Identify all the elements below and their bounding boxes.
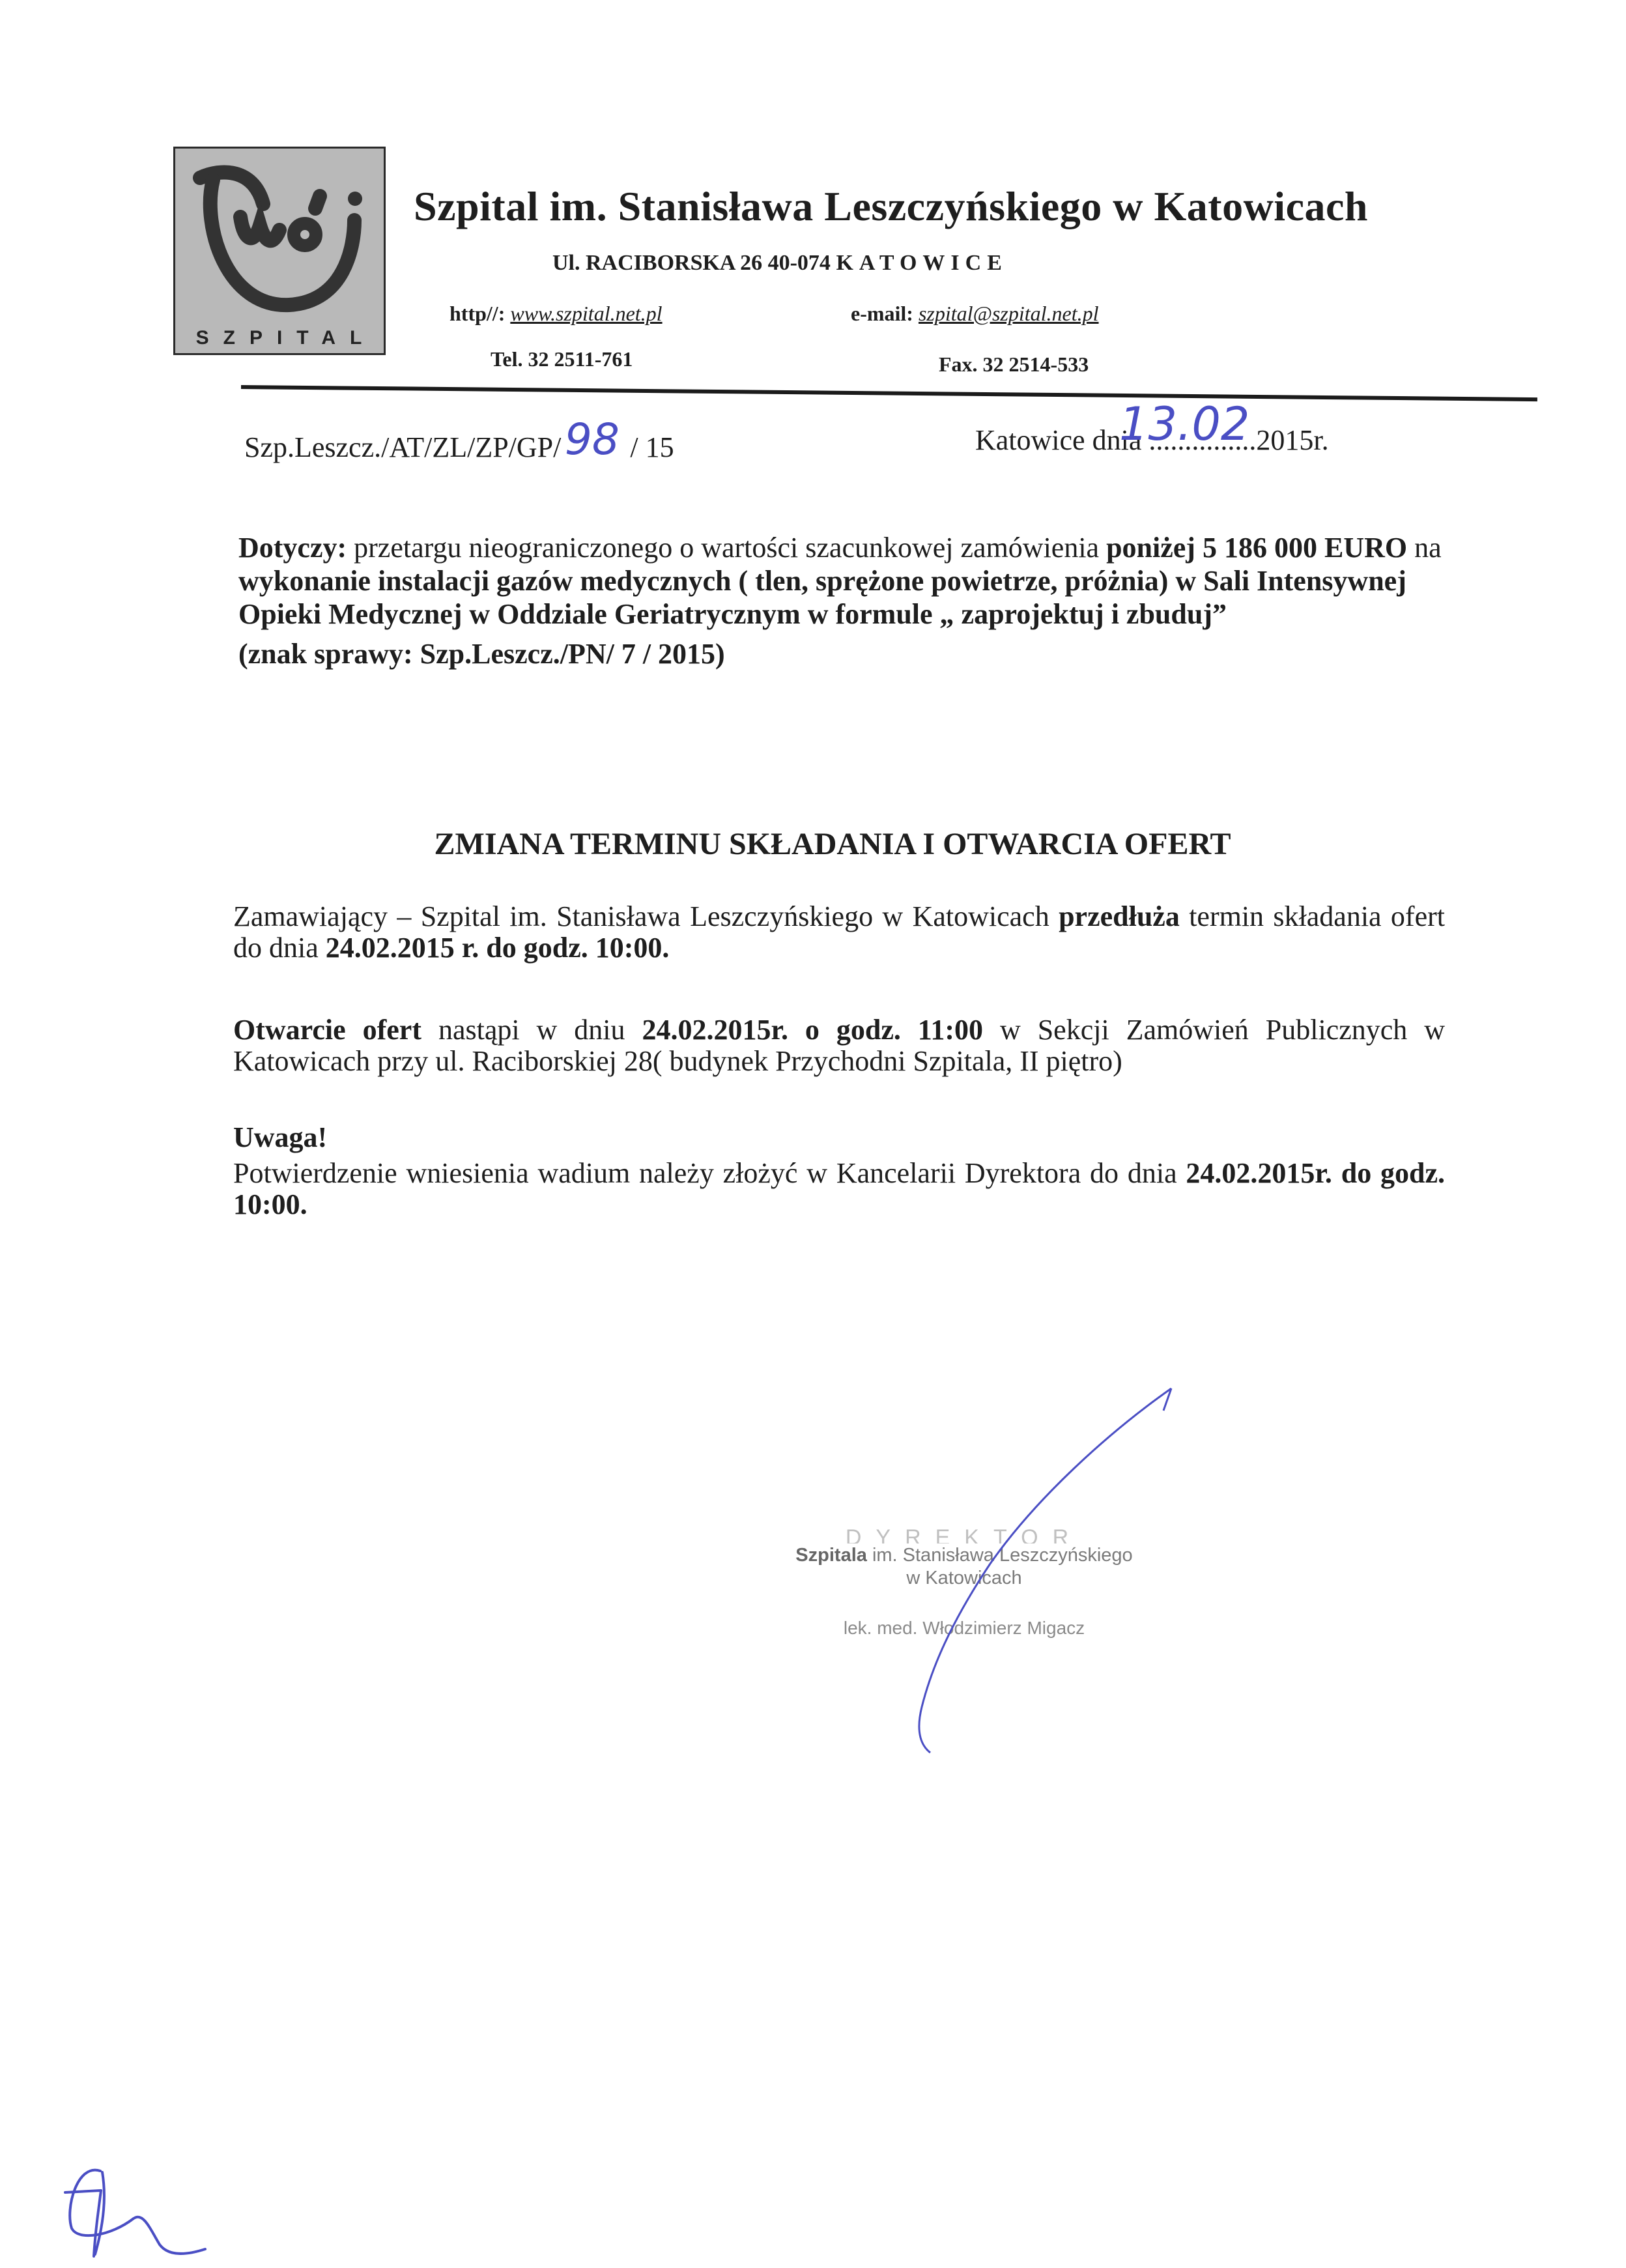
hospital-logo: SZPITAL [173, 147, 386, 355]
website-line: http//: www.szpital.net.pl [449, 302, 663, 326]
street-address: Ul. RACIBORSKA 26 40-074 [552, 251, 831, 275]
fax-number: Fax. 32 2514-533 [939, 352, 1089, 377]
website-label: http//: [449, 302, 505, 325]
subject-value-limit: poniżej 5 186 000 EURO [1106, 532, 1407, 564]
director-stamp: DYREKTOR Szpitala im. Stanisława Leszczy… [769, 1528, 1160, 1639]
stamp-institution: Szpitala im. Stanisława Leszczyńskiego [769, 1543, 1160, 1567]
reference-number: Szp.Leszcz./AT/ZL/ZP/GP/98 / 15 [244, 417, 674, 467]
subject-scope: wykonanie instalacji gazów medycznych ( … [238, 565, 1406, 630]
paragraph-emphasis: Otwarcie ofert [233, 1014, 421, 1046]
subject-text-part: przetargu nieograniczonego o wartości sz… [347, 532, 1106, 564]
stamp-institution-text: im. Stanisława Leszczyńskiego [867, 1545, 1133, 1566]
email-label: e-mail: [851, 302, 913, 325]
note-paragraph: Potwierdzenie wniesienia wadium należy z… [233, 1158, 1445, 1220]
reference-prefix: Szp.Leszcz./AT/ZL/ZP/GP/ [244, 431, 561, 463]
paragraph-text: nastąpi w dniu [421, 1014, 642, 1046]
opening-datetime: 24.02.2015r. o godz. 11:00 [642, 1014, 983, 1046]
address-line: Ul. RACIBORSKA 26 40-074 KATOWICE [552, 251, 1008, 276]
date-year: 2015r. [1256, 424, 1328, 456]
phone-number: Tel. 32 2511-761 [491, 347, 633, 371]
paragraph-text: Zamawiający – Szpital im. Stanisława Les… [233, 900, 1059, 932]
case-number: (znak sprawy: Szp.Leszcz./PN/ 7 / 2015) [238, 637, 1450, 670]
stamp-city: w Katowicach [769, 1567, 1160, 1589]
subject-block: Dotyczy: przetargu nieograniczonego o wa… [238, 531, 1450, 670]
stamp-title: DYREKTOR [769, 1528, 1160, 1543]
reference-suffix: / 15 [623, 431, 674, 463]
twoj-szpital-logo-icon [175, 149, 384, 324]
stamp-institution-bold: Szpitala [795, 1545, 867, 1566]
hospital-name: Szpital im. Stanisława Leszczyńskiego w … [414, 182, 1368, 231]
logo-wordmark: SZPITAL [175, 327, 384, 349]
note-heading: Uwaga! [233, 1121, 327, 1154]
submission-deadline: 24.02.2015 r. do godz. 10:00. [326, 932, 670, 964]
subject-text-part: na [1407, 532, 1442, 564]
notice-title: ZMIANA TERMINU SKŁADANIA I OTWARCIA OFER… [0, 826, 1626, 862]
website-link[interactable]: www.szpital.net.pl [510, 302, 662, 325]
subject-label: Dotyczy: [238, 532, 347, 564]
city-name: KATOWICE [836, 251, 1007, 275]
opening-paragraph: Otwarcie ofert nastąpi w dniu 24.02.2015… [233, 1014, 1445, 1077]
handwritten-reference-number: 98 [561, 414, 623, 465]
deadline-extension-paragraph: Zamawiający – Szpital im. Stanisława Les… [233, 901, 1445, 964]
paragraph-text: Potwierdzenie wniesienia wadium należy z… [233, 1157, 1186, 1189]
paragraph-emphasis: przedłuża [1059, 900, 1180, 932]
email-link[interactable]: szpital@szpital.net.pl [919, 302, 1099, 325]
stamp-director-name: lek. med. Włodzimierz Migacz [769, 1618, 1160, 1639]
subject-text: Dotyczy: przetargu nieograniczonego o wa… [238, 531, 1450, 631]
header-divider [241, 385, 1537, 401]
email-line: e-mail: szpital@szpital.net.pl [851, 302, 1099, 326]
handwritten-date: 13.02 [1119, 397, 1249, 451]
